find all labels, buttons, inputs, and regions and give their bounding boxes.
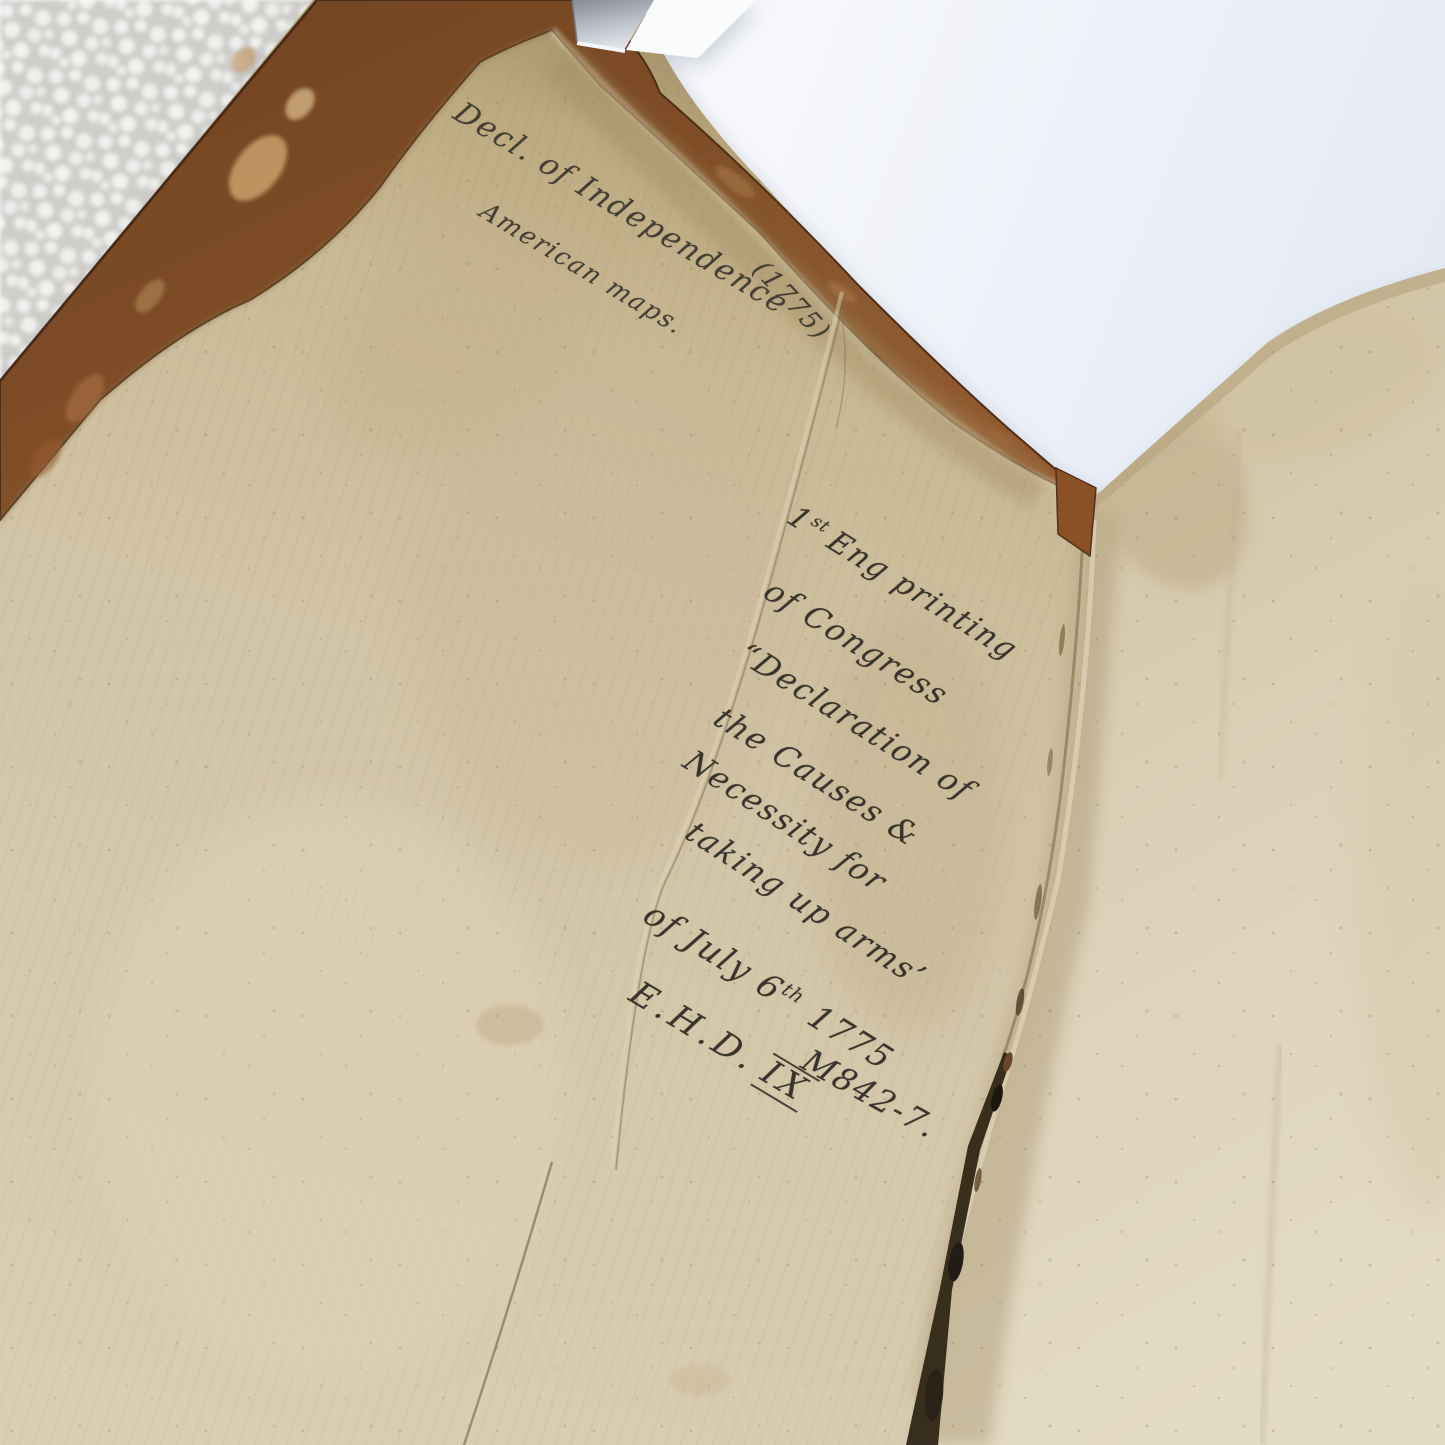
- book-photo: Decl. of Independence (1775) American ma…: [0, 0, 1445, 1445]
